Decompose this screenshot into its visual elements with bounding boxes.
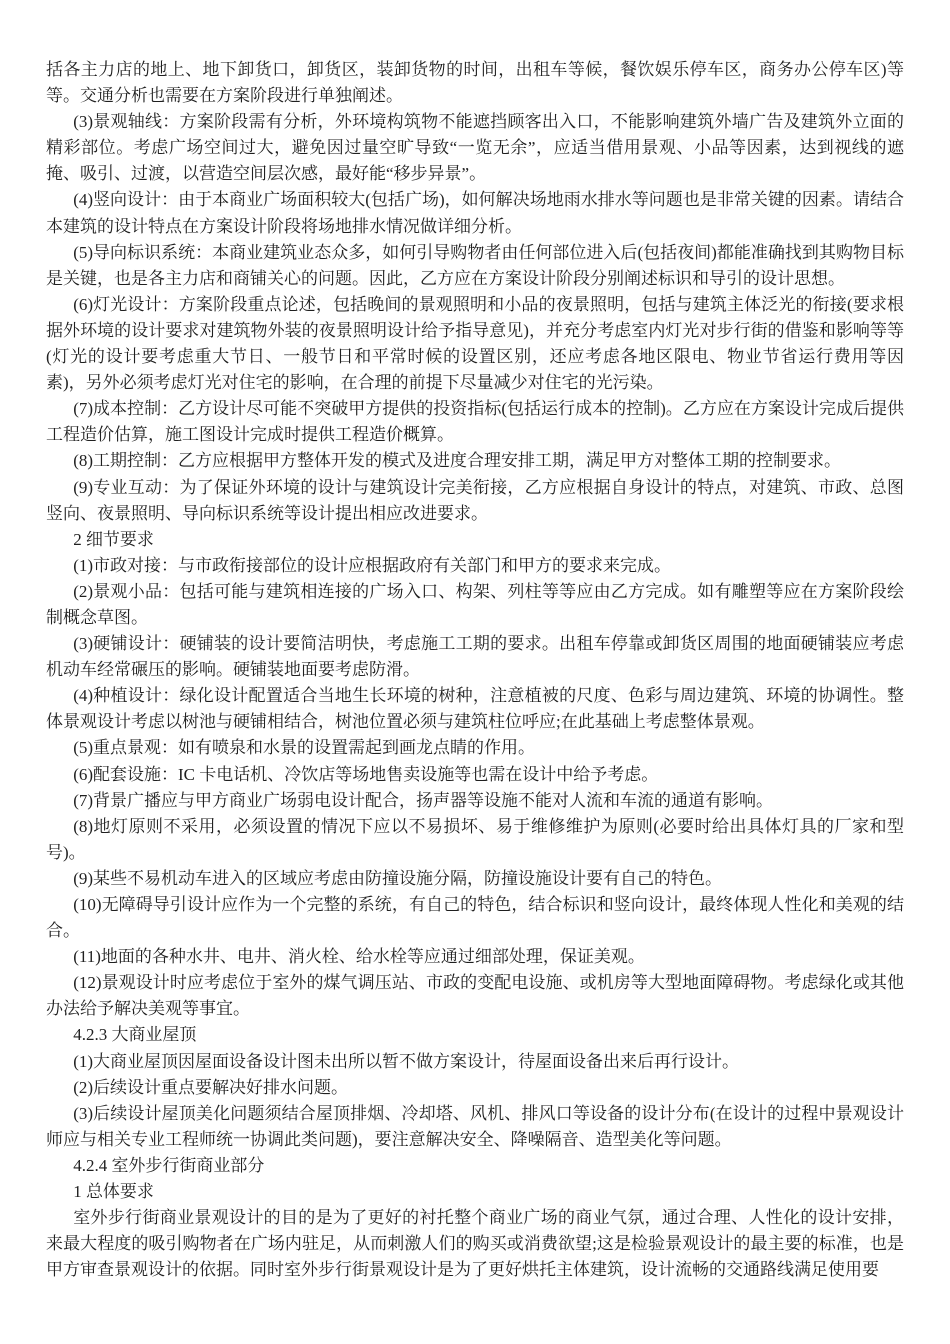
paragraph-continuation: 括各主力店的地上、地下卸货口，卸货区，装卸货物的时间，出租车等候，餐饮娱乐停车区… [46,57,904,109]
heading-4-2-4-pedestrian-street: 4.2.4 室外步行街商业部分 [46,1153,904,1179]
heading-general-requirements: 1 总体要求 [46,1179,904,1205]
paragraph-supporting-facilities: (6)配套设施：IC 卡电话机、冷饮店等场地售卖设施等也需在设计中给予考虑。 [46,762,904,788]
paragraph-cost-control: (7)成本控制：乙方设计尽可能不突破甲方提供的投资指标(包括运行成本的控制)。乙… [46,396,904,448]
paragraph-planting-design: (4)种植设计：绿化设计配置适合当地生长环境的树种，注意植被的尺度、色彩与周边建… [46,683,904,735]
paragraph-schedule-control: (8)工期控制：乙方应根据甲方整体开发的模式及进度合理安排工期，满足甲方对整体工… [46,448,904,474]
paragraph-ground-wells: (11)地面的各种水井、电井、消火栓、给水栓等应通过细部处理，保证美观。 [46,944,904,970]
document-page: 括各主力店的地上、地下卸货口，卸货区，装卸货物的时间，出租车等候，餐饮娱乐停车区… [0,0,950,1344]
paragraph-roof-beautification: (3)后续设计屋顶美化问题须结合屋顶排烟、冷却塔、风机、排风口等设备的设计分布(… [46,1101,904,1153]
paragraph-barrier-free-guidance: (10)无障碍导引设计应作为一个完整的系统，有自己的特色，结合标识和竖向设计，最… [46,892,904,944]
paragraph-key-landscape: (5)重点景观：如有喷泉和水景的设置需起到画龙点睛的作用。 [46,735,904,761]
paragraph-signage-system: (5)导向标识系统：本商业建筑业态众多，如何引导购物者由任何部位进入后(包括夜间… [46,240,904,292]
paragraph-background-broadcast: (7)背景广播应与甲方商业广场弱电设计配合，扬声器等设施不能对人流和车流的通道有… [46,788,904,814]
paragraph-landscape-axis: (3)景观轴线：方案阶段需有分析，外环境构筑物不能遮挡顾客出入口，不能影响建筑外… [46,109,904,187]
document-text-body: 括各主力店的地上、地下卸货口，卸货区，装卸货物的时间，出租车等候，餐饮娱乐停车区… [46,57,904,1283]
heading-detail-requirements: 2 细节要求 [46,527,904,553]
paragraph-vertical-design: (4)竖向设计：由于本商业广场面积较大(包括广场)，如何解决场地雨水排水等问题也… [46,187,904,239]
paragraph-hard-paving-design: (3)硬铺设计：硬铺装的设计要简洁明快，考虑施工工期的要求。出租车停靠或卸货区周… [46,631,904,683]
paragraph-roof-deferred-design: (1)大商业屋顶因屋面设备设计图未出所以暂不做方案设计，待屋面设备出来后再行设计… [46,1049,904,1075]
paragraph-outdoor-obstacles: (12)景观设计时应考虑位于室外的煤气调压站、市政的变配电设施、或机房等大型地面… [46,970,904,1022]
paragraph-municipal-connection: (1)市政对接：与市政衔接部位的设计应根据政府有关部门和甲方的要求来完成。 [46,553,904,579]
paragraph-anti-collision: (9)某些不易机动车进入的区域应考虑由防撞设施分隔，防撞设施设计要有自己的特色。 [46,866,904,892]
paragraph-pedestrian-street-purpose: 室外步行街商业景观设计的目的是为了更好的衬托整个商业广场的商业气氛，通过合理、人… [46,1205,904,1283]
paragraph-discipline-interaction: (9)专业互动：为了保证外环境的设计与建筑设计完美衔接，乙方应根据自身设计的特点… [46,475,904,527]
heading-4-2-3-commercial-roof: 4.2.3 大商业屋顶 [46,1022,904,1048]
paragraph-lighting-design: (6)灯光设计：方案阶段重点论述，包括晚间的景观照明和小品的夜景照明，包括与建筑… [46,292,904,396]
paragraph-roof-drainage: (2)后续设计重点要解决好排水问题。 [46,1075,904,1101]
paragraph-ground-lights: (8)地灯原则不采用，必须设置的情况下应以不易损坏、易于维修维护为原则(必要时给… [46,814,904,866]
paragraph-landscape-features: (2)景观小品：包括可能与建筑相连接的广场入口、构架、列柱等等应由乙方完成。如有… [46,579,904,631]
